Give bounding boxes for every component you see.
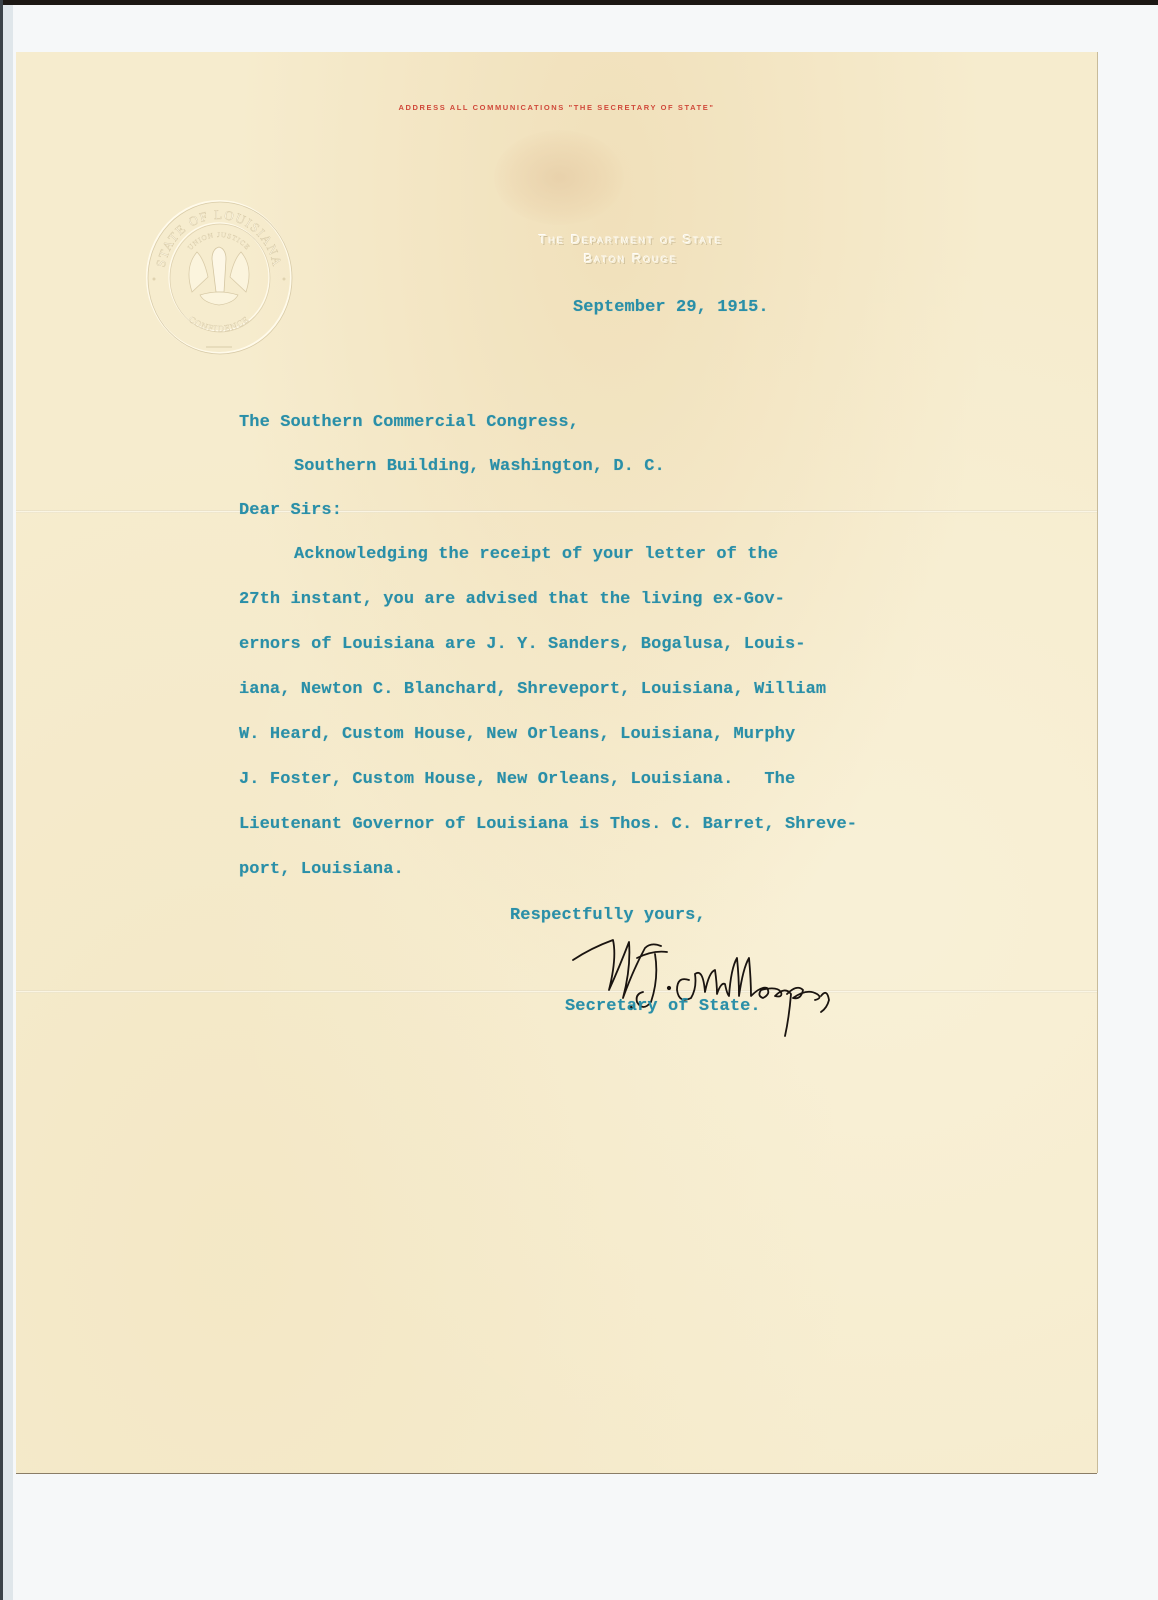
fold-line: [16, 510, 1097, 513]
paper-stain: [494, 130, 624, 225]
signer-title: Secretary of State.: [565, 997, 761, 1016]
svg-text:CONFIDENCE: CONFIDENCE: [187, 314, 251, 334]
handwritten-signature: W. J. Millsaps: [571, 928, 871, 1038]
body-line: ernors of Louisiana are J. Y. Sanders, B…: [239, 635, 806, 654]
body-line: Lieutenant Governor of Louisiana is Thos…: [239, 815, 857, 834]
scan-top-edge: [0, 0, 1158, 5]
recipient-name: The Southern Commercial Congress,: [239, 413, 579, 432]
department-name: The Department of State: [456, 232, 806, 247]
scan-left-band: [3, 5, 13, 1600]
fold-line: [16, 990, 1097, 993]
letter-page: ADDRESS ALL COMMUNICATIONS "THE SECRETAR…: [16, 52, 1097, 1473]
body-line: Acknowledging the receipt of your letter…: [294, 545, 778, 564]
body-line: port, Louisiana.: [239, 860, 404, 879]
body-line: 27th instant, you are advised that the l…: [239, 590, 785, 609]
salutation: Dear Sirs:: [239, 501, 342, 520]
body-line: J. Foster, Custom House, New Orleans, Lo…: [239, 770, 795, 789]
letter-date: September 29, 1915.: [573, 298, 769, 317]
recipient-address: Southern Building, Washington, D. C.: [294, 457, 665, 476]
body-line: W. Heard, Custom House, New Orleans, Lou…: [239, 725, 795, 744]
letterhead-embossed-title: The Department of State Baton Rouge: [456, 232, 806, 266]
department-city: Baton Rouge: [456, 251, 806, 266]
letterhead-notice: ADDRESS ALL COMMUNICATIONS "THE SECRETAR…: [16, 103, 1097, 112]
body-line: iana, Newton C. Blanchard, Shreveport, L…: [239, 680, 826, 699]
complimentary-close: Respectfully yours,: [510, 906, 706, 925]
pelican-seal-icon: STATE OF LOUISIANA UNION JUSTICE CONFIDE…: [142, 197, 296, 357]
